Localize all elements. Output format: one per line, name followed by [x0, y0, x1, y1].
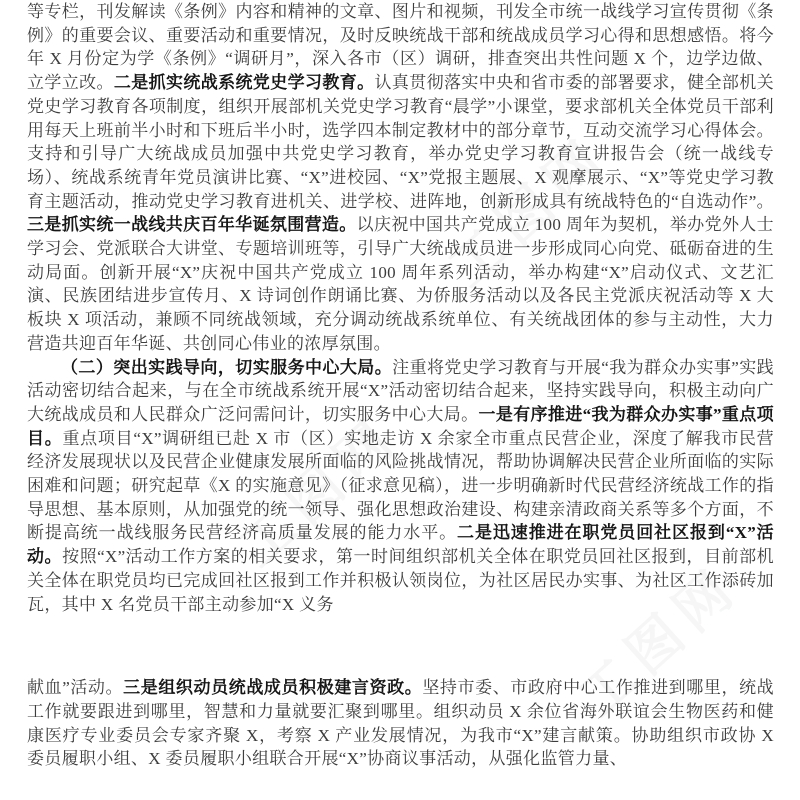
bold-text-run: 三是组织动员统战成员积极建言资政。 — [123, 678, 422, 697]
document-body: 等专栏，刊发解读《条例》内容和精神的文章、图片和视频，刊发全市统一战线学习宣传贯… — [27, 0, 774, 771]
bold-text-run: 三是抓实统一战线共庆百年华诞氛围营造。 — [27, 215, 357, 234]
document-page: 工图网 工图网 工图网 等专栏，刊发解读《条例》内容和精神的文章、图片和视频，刊… — [0, 0, 800, 800]
text-run: 认真贯彻落实中央和省市委的部署要求，健全部机关党史学习教育各项制度，组织开展部机… — [27, 73, 774, 211]
page-break-gap — [27, 616, 774, 676]
paragraph-section-two: （二）突出实践导向，切实服务中心大局。注重将党史学习教育与开展“我为群众办实事”… — [27, 356, 774, 617]
bold-text-run: （二）突出实践导向，切实服务中心大局。 — [61, 358, 392, 377]
paragraph-section-two-continued: 献血”活动。三是组织动员统战成员积极建言资政。坚持市委、市政府中心工作推进到哪里… — [27, 676, 774, 771]
text-run: 以庆祝中国共产党成立 100 周年为契机，举办党外人士学习会、党派联合大讲堂、专… — [27, 215, 774, 353]
text-run: 按照“X”活动工作方案的相关要求，第一时间组织部机关全体在职党员回社区报到，目前… — [27, 547, 774, 613]
paragraph-continuation: 等专栏，刊发解读《条例》内容和精神的文章、图片和视频，刊发全市统一战线学习宣传贯… — [27, 0, 774, 356]
bold-text-run: 二是抓实统战系统党史学习教育。 — [114, 73, 375, 92]
text-run: 献血”活动。 — [27, 678, 123, 697]
